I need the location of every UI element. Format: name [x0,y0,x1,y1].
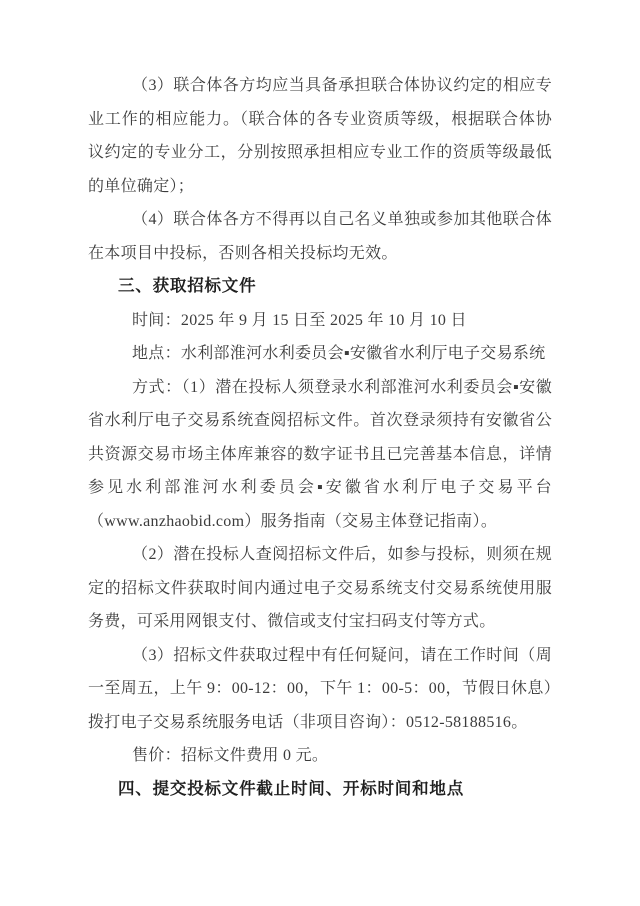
paragraph-document-price: 售价：招标文件费用 0 元。 [88,739,552,773]
document-page: （3）联合体各方均应当具备承担联合体协议约定的相应专业工作的相应能力。（联合体的… [0,0,640,906]
heading-section-3-obtain-bid-documents: 三、获取招标文件 [88,270,552,304]
paragraph-jv-capability-clause-3: （3）联合体各方均应当具备承担联合体协议约定的相应专业工作的相应能力。（联合体的… [88,69,552,203]
paragraph-obtain-method-1: 方式：（1）潜在投标人须登录水利部淮河水利委员会▪安徽省水利厅电子交易系统查阅招… [88,371,552,539]
heading-section-4-submission-deadline-opening: 四、提交投标文件截止时间、开标时间和地点 [88,773,552,807]
paragraph-jv-restriction-clause-4: （4）联合体各方不得再以自己名义单独或参加其他联合体在本项目中投标，否则各相关投… [88,203,552,270]
paragraph-obtain-method-3-hotline: （3）招标文件获取过程中有任何疑问，请在工作时间（周一至周五，上午 9：00-1… [88,639,552,740]
paragraph-obtain-location: 地点：水利部淮河水利委员会▪安徽省水利厅电子交易系统 [88,337,552,371]
paragraph-obtain-method-2: （2）潜在投标人查阅招标文件后，如参与投标，则须在规定的招标文件获取时间内通过电… [88,538,552,639]
paragraph-obtain-time: 时间：2025 年 9 月 15 日至 2025 年 10 月 10 日 [88,304,552,338]
